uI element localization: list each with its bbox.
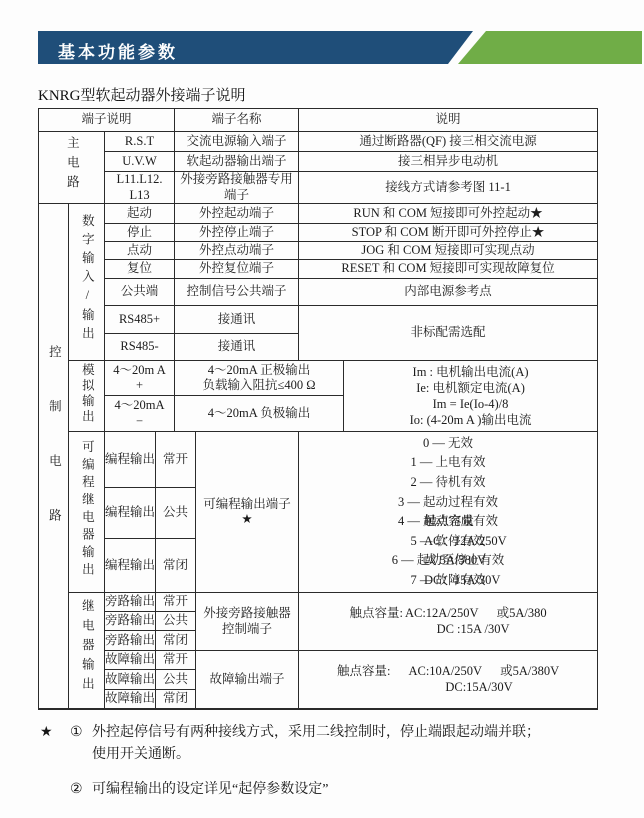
name-line2: 负载输入阻抗≤400 Ω	[175, 378, 343, 394]
cell-name: 外控点动端子	[175, 242, 299, 260]
capacity-alt: 或5A/380V	[500, 664, 559, 678]
cell-code: 故障输出	[105, 651, 156, 670]
code-line2: L13	[105, 188, 174, 204]
section-title: 基本功能参数	[58, 38, 178, 63]
table-row: 可编程继电器输出 编程输出 常开 可编程输出端子 ★ 0 — 无效 1 — 上电…	[39, 432, 598, 488]
capacity-ac: AC:10A/250V	[408, 664, 482, 678]
table-row: U.V.W 软起动器输出端子 接三相异步电动机	[39, 152, 598, 172]
name-line1: 外接旁路接触器	[196, 606, 298, 622]
cell-desc: STOP 和 COM 断开即可外控停止★	[299, 224, 598, 242]
prog-option-row: 2 — 待机有效	[299, 473, 597, 493]
cell-code: 起动	[105, 204, 175, 224]
cell-name: 接通讯	[175, 334, 299, 361]
table-row: 复位 外控复位端子 RESET 和 COM 短接即可实现故障复位	[39, 260, 598, 279]
cell-code: RS485-	[105, 334, 175, 361]
cell-desc: 接三相异步电动机	[299, 152, 598, 172]
cell-name: 外控停止端子	[175, 224, 299, 242]
star-symbol: ★	[196, 512, 298, 528]
capacity-ac: AC:12A/250V	[405, 606, 479, 620]
contact-capacity-dc: DC：15A/30V	[424, 571, 500, 591]
group-label-analog-output: 模拟输出	[69, 361, 105, 432]
cell-name-programmable: 可编程输出端子 ★	[196, 432, 299, 593]
cell-code: 公共端	[105, 279, 175, 306]
cell-code: L11.L12. L13	[105, 172, 175, 204]
table-row: 模拟输出 4～20m A + 4～20mA 正极输出 负载输入阻抗≤400 Ω …	[39, 361, 598, 396]
group-label-text: 模拟输出	[79, 363, 95, 425]
cell-contact: 常开	[156, 593, 196, 612]
cell-name-bypass: 外接旁路接触器 控制端子	[196, 593, 299, 651]
cell-desc: JOG 和 COM 短接即可实现点动	[299, 242, 598, 260]
cell-name: 交流电源输入端子	[175, 132, 299, 152]
footnote-2-text: 可编程输出的设定详见“起停参数设定”	[92, 779, 328, 801]
prog-option: 1 — 上电有效	[411, 455, 486, 469]
group-label-text: 主电路	[64, 136, 80, 195]
cell-contact: 常闭	[156, 690, 196, 709]
cell-code: 旁路输出	[105, 631, 156, 651]
table-row: L11.L12. L13 外接旁路接触器专用端子 接线方式请参考图 11-1	[39, 172, 598, 204]
group-label-programmable-relay: 可编程继电器输出	[69, 432, 105, 593]
footnotes: ★ ① 外控起停信号有两种接线方式，采用二线控制时，停止端跟起动端并联； 使用开…	[40, 722, 610, 801]
table-header-row: 端子说明 端子名称 说明	[39, 109, 598, 132]
cell-contact: 常闭	[156, 631, 196, 651]
cell-name: 接通讯	[175, 306, 299, 334]
cell-name-fault: 故障输出端子	[196, 651, 299, 709]
section-header-accent	[458, 31, 642, 64]
cell-desc-analog: Im : 电机输出电流(A) Ie: 电机额定电流(A) Im = Ie(Io-…	[344, 361, 598, 432]
col-header-terminal-desc: 端子说明	[39, 109, 175, 132]
cell-name: 4～20mA 正极输出 负载输入阻抗≤400 Ω	[175, 361, 344, 396]
cell-desc-bypass: 触点容量:AC:12A/250V或5A/380 DC :15A /30V	[299, 593, 598, 651]
prog-option-row: 7 — 故障有效DC：15A/30V	[299, 571, 597, 591]
contact-capacity-label: 触点容量	[424, 512, 474, 532]
cell-desc: RESET 和 COM 短接即可实现故障复位	[299, 260, 598, 279]
cell-contact: 公共	[156, 488, 196, 539]
cell-code: 编程输出	[105, 488, 156, 539]
cell-code: 4～20mA −	[105, 396, 175, 432]
manual-page: 基本功能参数 KNRG型软起动器外接端子说明 端子说明 端子名称 说明 主电路 …	[0, 0, 644, 818]
name-line1: 4～20mA 正极输出	[175, 363, 343, 379]
capacity-dc: DC :15A /30V	[437, 622, 510, 636]
cell-code: 复位	[105, 260, 175, 279]
cell-name: 软起动器输出端子	[175, 152, 299, 172]
table-row: 故障输出 常开 故障输出端子 触点容量:AC:10A/250V或5A/380V …	[39, 651, 598, 670]
table-row: 继电器输出 旁路输出 常开 外接旁路接触器 控制端子 触点容量:AC:12A/2…	[39, 593, 598, 612]
name-line2: 控制端子	[196, 622, 298, 638]
prog-option: 3 — 起动过程有效	[398, 495, 498, 509]
cell-code: 旁路输出	[105, 593, 156, 612]
cell-contact: 常开	[156, 651, 196, 670]
table-row: 停止 外控停止端子 STOP 和 COM 断开即可外控停止★	[39, 224, 598, 242]
group-label-text: 继电器输出	[79, 599, 95, 697]
group-label-digital-io: 数字输入/输出	[69, 204, 105, 361]
cell-code: 点动	[105, 242, 175, 260]
capacity-dc: DC:15A/30V	[445, 680, 512, 694]
cell-name: 外接旁路接触器专用端子	[175, 172, 299, 204]
cell-desc: 通过断路器(QF) 接三相交流电源	[299, 132, 598, 152]
cell-contact: 公共	[156, 670, 196, 690]
cell-code: R.S.T	[105, 132, 175, 152]
analog-desc-line: Io: (4-20m A )输出电流	[344, 412, 597, 428]
prog-option-row: 4 — 起动完成有效触点容量	[299, 512, 597, 532]
prog-option-row: 3 — 起动过程有效	[299, 493, 597, 513]
capacity-alt: 或5A/380	[497, 606, 547, 620]
footnote-1-text: 外控起停信号有两种接线方式，采用二线控制时，停止端跟起动端并联；	[92, 722, 540, 744]
prog-option-row: 0 — 无效	[299, 434, 597, 454]
cell-name: 控制信号公共端子	[175, 279, 299, 306]
capacity-line1: 触点容量:AC:10A/250V或5A/380V	[299, 664, 597, 680]
cell-code: 停止	[105, 224, 175, 242]
group-label-text: 控制电路	[46, 345, 62, 563]
capacity-label: 触点容量:	[337, 664, 390, 678]
contact-capacity-alt: 或 5A/380V	[424, 551, 486, 571]
terminals-table: 端子说明 端子名称 说明 主电路 R.S.T 交流电源输入端子 通过断路器(QF…	[38, 108, 598, 710]
capacity-label: 触点容量:	[349, 606, 402, 620]
code-line1: L11.L12.	[105, 172, 174, 188]
footnote-2-indent	[40, 779, 70, 801]
cell-code: 故障输出	[105, 690, 156, 709]
contact-capacity-ac: AC：12A/250V	[424, 532, 507, 552]
code-line1: 4～20mA	[105, 398, 174, 414]
prog-option: 0 — 无效	[423, 436, 473, 450]
cell-code: 编程输出	[105, 432, 156, 488]
group-label-relay-output: 继电器输出	[69, 593, 105, 709]
cell-desc-programmable: 0 — 无效 1 — 上电有效 2 — 待机有效 3 — 起动过程有效 4 — …	[299, 432, 598, 593]
table-row: 点动 外控点动端子 JOG 和 COM 短接即可实现点动	[39, 242, 598, 260]
group-label-text: 数字输入/输出	[79, 214, 95, 345]
cell-name: 4～20mA 负极输出	[175, 396, 344, 432]
star-symbol: ★	[40, 722, 70, 744]
cell-desc: RUN 和 COM 短接即可外控起动★	[299, 204, 598, 224]
code-line1: 4～20m A	[105, 363, 174, 379]
prog-option-row: 1 — 上电有效	[299, 453, 597, 473]
analog-desc-line: Ie: 电机额定电流(A)	[344, 380, 597, 396]
cell-contact: 常开	[156, 432, 196, 488]
cell-code: 编程输出	[105, 539, 156, 593]
cell-name: 外控复位端子	[175, 260, 299, 279]
cell-contact: 常闭	[156, 539, 196, 593]
col-header-explain: 说明	[299, 109, 598, 132]
cell-code: RS485+	[105, 306, 175, 334]
page-title: KNRG型软起动器外接端子说明	[38, 84, 246, 105]
capacity-line2: DC:15A/30V	[361, 680, 597, 696]
capacity-line2: DC :15A /30V	[349, 622, 597, 638]
name-line1: 可编程输出端子	[196, 497, 298, 513]
cell-code: 4～20m A +	[105, 361, 175, 396]
footnote-2: ② 可编程输出的设定详见“起停参数设定”	[40, 779, 610, 801]
footnote-2-marker: ②	[70, 779, 92, 801]
code-line2: +	[105, 378, 174, 394]
col-header-terminal-name: 端子名称	[175, 109, 299, 132]
table-row: 主电路 R.S.T 交流电源输入端子 通过断路器(QF) 接三相交流电源	[39, 132, 598, 152]
table-row: RS485+ 接通讯 非标配需选配	[39, 306, 598, 334]
prog-option: 2 — 待机有效	[411, 475, 486, 489]
analog-desc-line: Im = Ie(Io-4)/8	[344, 396, 597, 412]
cell-code: 旁路输出	[105, 612, 156, 631]
footnote-1-marker: ①	[70, 722, 92, 744]
cell-desc-rs485: 非标配需选配	[299, 306, 598, 361]
code-line2: −	[105, 414, 174, 430]
group-label-text: 可编程继电器输出	[79, 440, 95, 580]
capacity-line1: 触点容量:AC:12A/250V或5A/380	[299, 606, 597, 622]
cell-code: U.V.W	[105, 152, 175, 172]
analog-desc-line: Im : 电机输出电流(A)	[344, 364, 597, 380]
table-row: 公共端 控制信号公共端子 内部电源参考点	[39, 279, 598, 306]
cell-desc: 接线方式请参考图 11-1	[299, 172, 598, 204]
prog-option-row: 5 — 软停有效AC：12A/250V	[299, 532, 597, 552]
table-row: 控制电路 数字输入/输出 起动 外控起动端子 RUN 和 COM 短接即可外控起…	[39, 204, 598, 224]
cell-name: 外控起动端子	[175, 204, 299, 224]
footnote-1-line2: 使用开关通断。	[92, 744, 610, 766]
cell-contact: 公共	[156, 612, 196, 631]
prog-option-row: 6 — 起动至停止有效或 5A/380V	[299, 551, 597, 571]
group-label-main-circuit: 主电路	[39, 132, 105, 204]
group-label-control-circuit: 控制电路	[39, 204, 69, 709]
cell-desc: 内部电源参考点	[299, 279, 598, 306]
cell-code: 故障输出	[105, 670, 156, 690]
footnote-1-line1: ★ ① 外控起停信号有两种接线方式，采用二线控制时，停止端跟起动端并联；	[40, 722, 610, 744]
cell-desc-fault: 触点容量:AC:10A/250V或5A/380V DC:15A/30V	[299, 651, 598, 709]
